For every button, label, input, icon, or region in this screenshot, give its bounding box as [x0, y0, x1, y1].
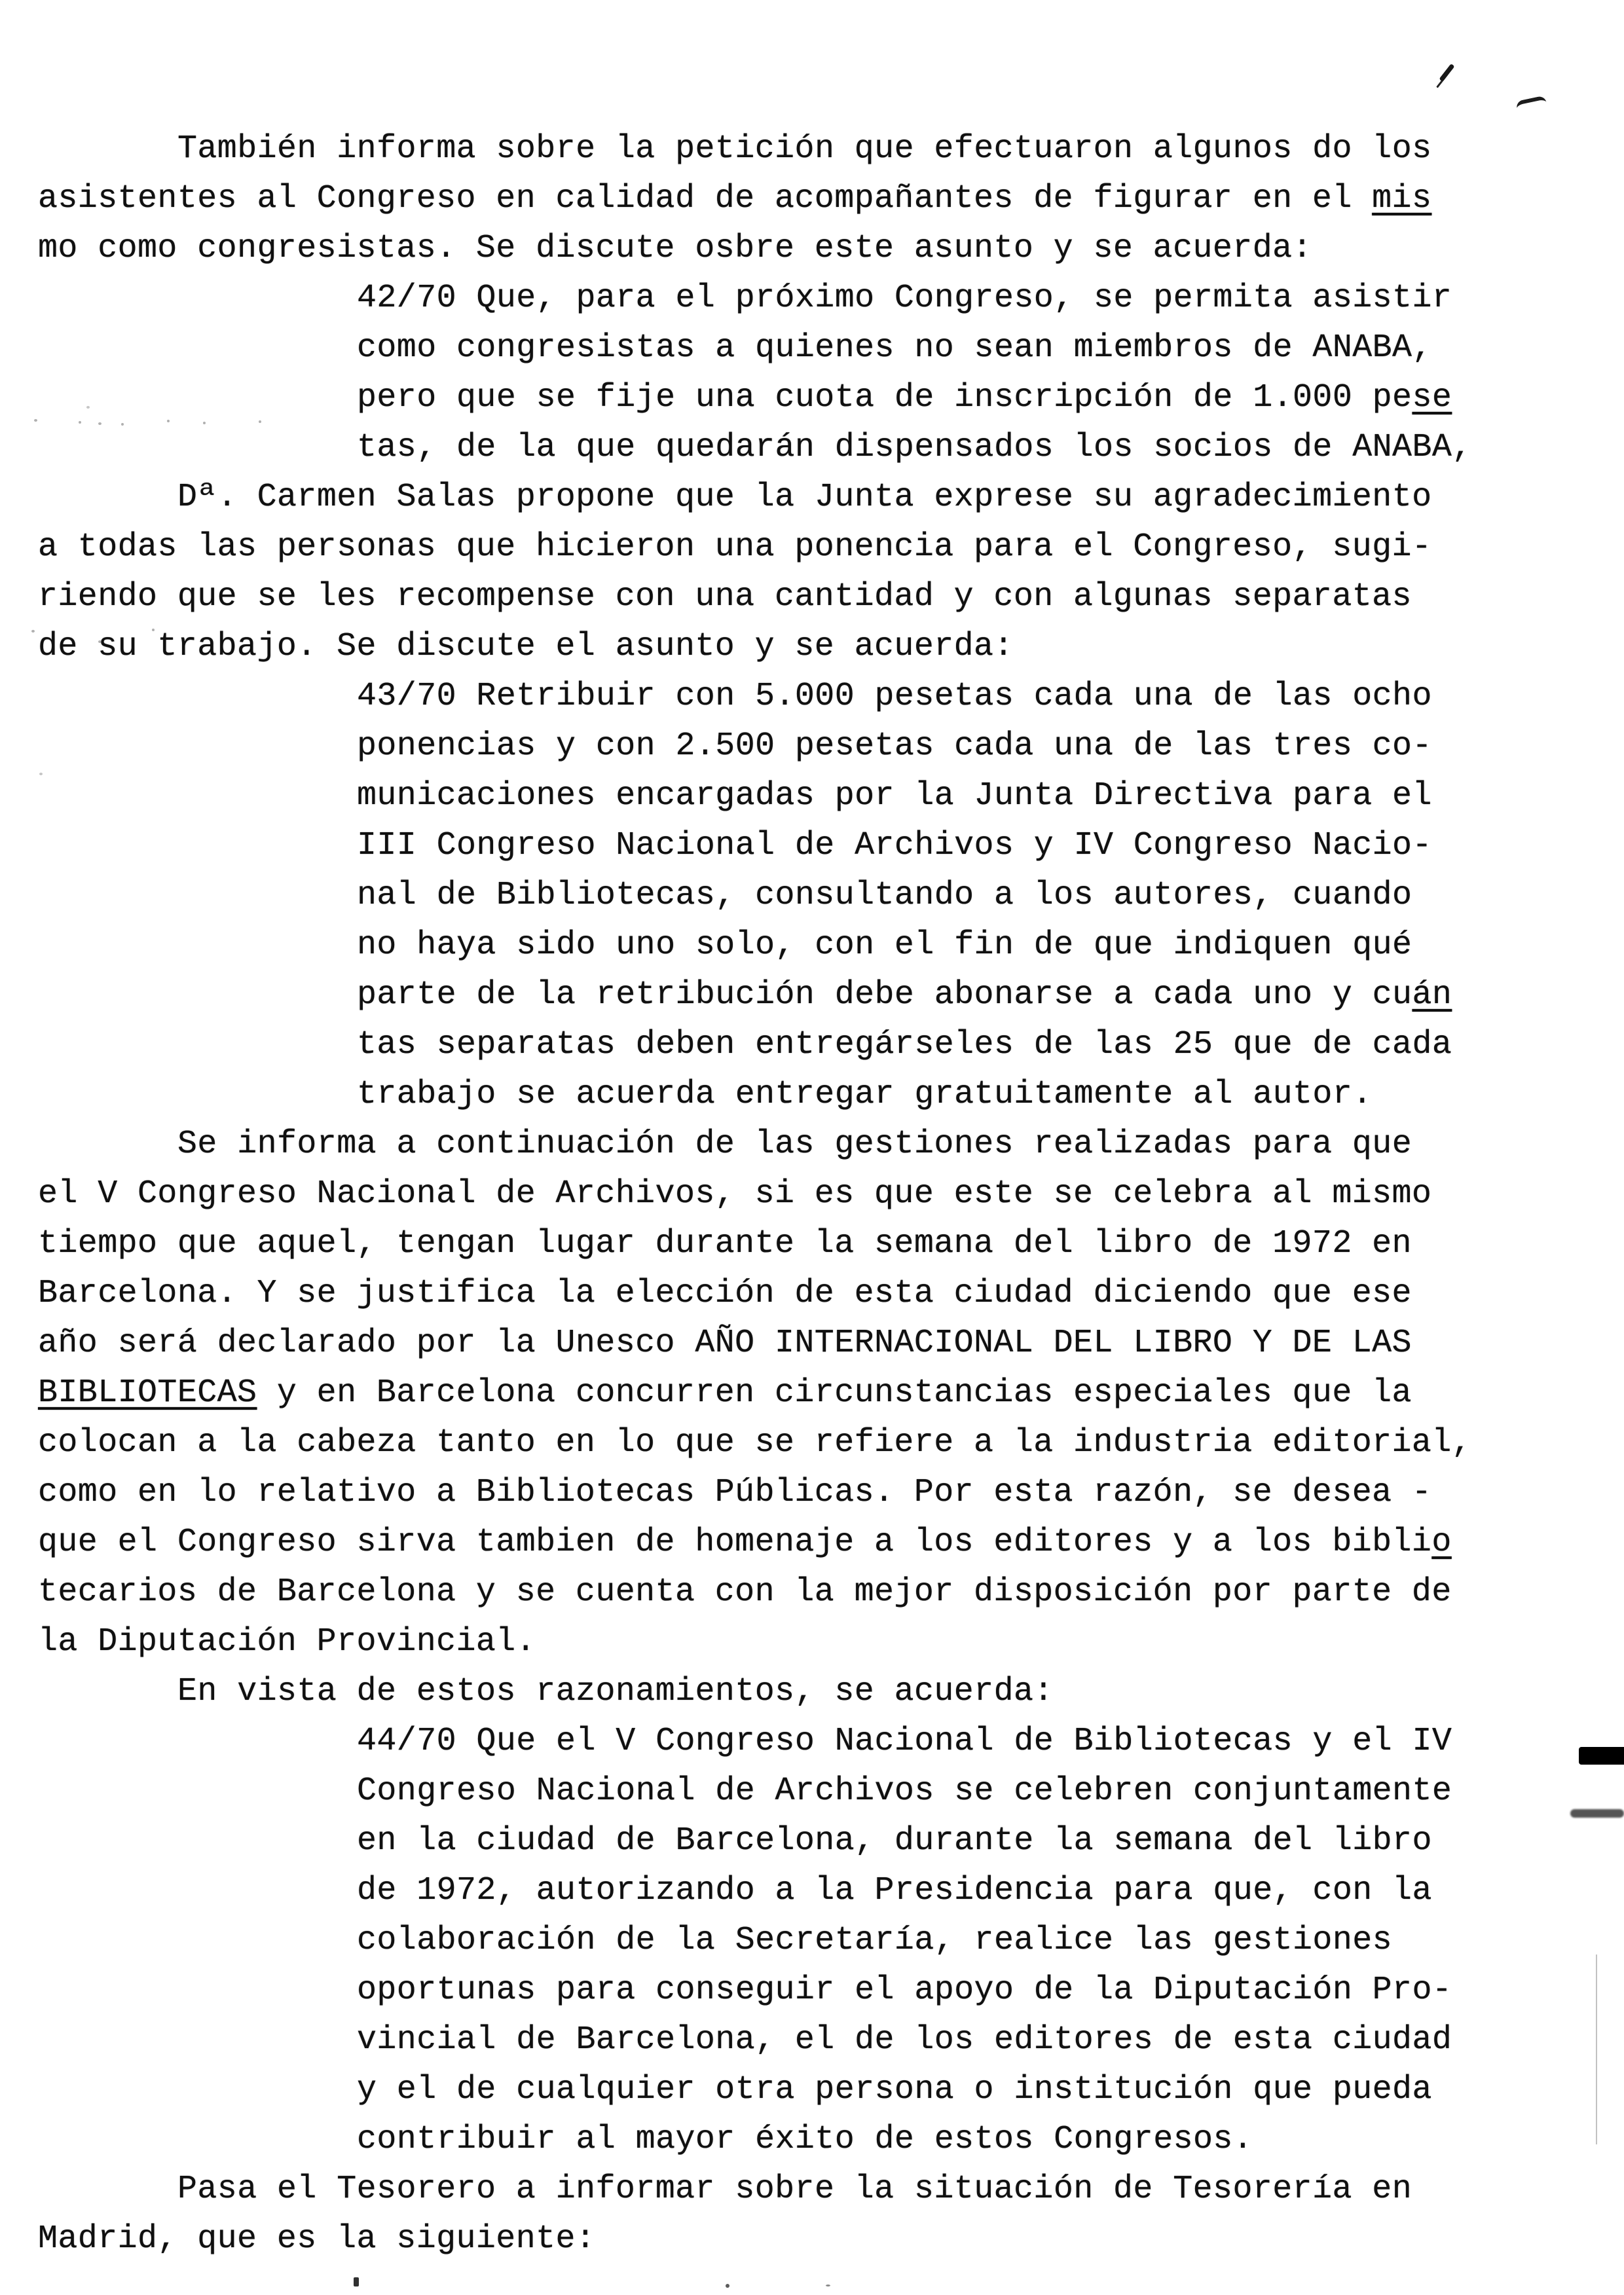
scan-speckle: [39, 773, 43, 775]
document-line: Pasa el Tesorero a informar sobre la sit…: [0, 2165, 1624, 2214]
stray-ink-stroke: [1439, 64, 1455, 82]
black-bar-right-edge: [1579, 1747, 1624, 1765]
scan-speckle: [86, 406, 90, 409]
line-text: y en Barcelona concurren circunstancias …: [257, 1374, 1411, 1412]
line-text: III Congreso Nacional de Archivos y IV C…: [357, 827, 1432, 864]
scan-speckle: [152, 629, 155, 631]
document-line: de 1972, autorizando a la Presidencia pa…: [0, 1866, 1624, 1916]
document-line: vincial de Barcelona, el de los editores…: [0, 2015, 1624, 2065]
line-text: y el de cualquier otra persona o institu…: [357, 2071, 1432, 2108]
document-line: en la ciudad de Barcelona, durante la se…: [0, 1816, 1624, 1866]
document-line: tas separatas deben entregárseles de las…: [0, 1020, 1624, 1070]
document-line: pero que se fije una cuota de inscripció…: [0, 373, 1624, 423]
faint-vertical-scratch: [1596, 1955, 1597, 2144]
scan-speckle: [98, 422, 101, 425]
document-line: Barcelona. Y se justifica la elección de…: [0, 1269, 1624, 1319]
scanned-page: { "page": { "kind": "scanned typewritten…: [0, 0, 1624, 2295]
line-text: trabajo se acuerda entregar gratuitament…: [357, 1076, 1373, 1113]
document-line: y el de cualquier otra persona o institu…: [0, 2065, 1624, 2115]
document-line: Madrid, que es la siguiente:: [0, 2214, 1624, 2264]
line-text: riendo que se les recompense con una can…: [38, 578, 1412, 615]
document-line: tiempo que aquel, tengan lugar durante l…: [0, 1219, 1624, 1269]
scan-speckle: [98, 640, 101, 643]
document-line: Se informa a continuación de las gestion…: [0, 1120, 1624, 1169]
line-text: no haya sido uno solo, con el fin de que…: [357, 927, 1412, 964]
document-line: año será declarado por la Unesco AÑO INT…: [0, 1319, 1624, 1368]
scan-speckle: [121, 423, 124, 426]
scan-speckle: [259, 420, 261, 423]
document-line: de su trabajo. Se discute el asunto y se…: [0, 622, 1624, 672]
line-text: como en lo relativo a Bibliotecas Públic…: [38, 1474, 1431, 1511]
document-line: 43/70 Retribuir con 5.000 pesetas cada u…: [0, 672, 1624, 722]
document-line: como en lo relativo a Bibliotecas Públic…: [0, 1468, 1624, 1518]
line-text: 43/70 Retribuir con 5.000 pesetas cada u…: [357, 678, 1432, 715]
document-line: parte de la retribución debe abonarse a …: [0, 970, 1624, 1020]
document-line: En vista de estos razonamientos, se acue…: [0, 1667, 1624, 1717]
document-line: riendo que se les recompense con una can…: [0, 572, 1624, 622]
scan-speckle: [354, 2277, 359, 2286]
line-text: tas, de la que quedarán dispensados los …: [357, 429, 1472, 466]
document-line: que el Congreso sirva tambien de homenaj…: [0, 1518, 1624, 1568]
line-text: a todas las personas que hicieron una po…: [38, 528, 1431, 566]
line-text: el V Congreso Nacional de Archivos, si e…: [38, 1175, 1431, 1213]
scan-speckle: [726, 2284, 729, 2288]
document-line: tecarios de Barcelona y se cuenta con la…: [0, 1568, 1624, 1617]
line-text: nal de Bibliotecas, consultando a los au…: [357, 877, 1412, 914]
document-line: asistentes al Congreso en calidad de aco…: [0, 174, 1624, 224]
stray-ink-squiggle: [1515, 95, 1548, 115]
line-text: Dª. Carmen Salas propone que la Junta ex…: [177, 479, 1432, 516]
line-text: que el Congreso sirva tambien de homenaj…: [38, 1524, 1431, 1561]
document-line: colocan a la cabeza tanto en lo que se r…: [0, 1418, 1624, 1468]
document-line: Dª. Carmen Salas propone que la Junta ex…: [0, 473, 1624, 523]
scan-speckle: [31, 630, 35, 633]
line-text: colocan a la cabeza tanto en lo que se r…: [38, 1424, 1471, 1461]
line-text: Barcelona. Y se justifica la elección de…: [38, 1275, 1412, 1312]
underlined-text: BIBLIOTECAS: [38, 1374, 257, 1412]
document-line: como congresistas a quienes no sean miem…: [0, 323, 1624, 373]
underlined-text: án: [1412, 976, 1452, 1014]
document-line: oportunas para conseguir el apoyo de la …: [0, 1966, 1624, 2015]
line-text: mo como congresistas. Se discute osbre e…: [38, 230, 1312, 267]
document-line: nal de Bibliotecas, consultando a los au…: [0, 871, 1624, 921]
line-text: 44/70 Que el V Congreso Nacional de Bibl…: [357, 1723, 1452, 1760]
document-line: la Diputación Provincial.: [0, 1617, 1624, 1667]
document-line: municaciones encargadas por la Junta Dir…: [0, 771, 1624, 821]
line-text: contribuir al mayor éxito de estos Congr…: [357, 2121, 1253, 2158]
line-text: Madrid, que es la siguiente:: [38, 2220, 595, 2258]
document-line: Congreso Nacional de Archivos se celebre…: [0, 1767, 1624, 1816]
scan-speckle: [167, 420, 170, 422]
page-background: También informa sobre la petición que ef…: [0, 0, 1624, 2295]
document-line: colaboración de la Secretaría, realice l…: [0, 1916, 1624, 1966]
document-line: contribuir al mayor éxito de estos Congr…: [0, 2115, 1624, 2165]
line-text: oportunas para conseguir el apoyo de la …: [357, 1972, 1452, 2009]
underlined-text: se: [1412, 379, 1452, 416]
line-text: tiempo que aquel, tengan lugar durante l…: [38, 1225, 1412, 1262]
scan-speckle: [203, 422, 206, 424]
line-text: de su trabajo. Se discute el asunto y se…: [38, 628, 1014, 665]
line-text: tecarios de Barcelona y se cuenta con la…: [38, 1573, 1452, 1611]
line-text: en la ciudad de Barcelona, durante la se…: [357, 1822, 1432, 1860]
line-text: como congresistas a quienes no sean miem…: [357, 329, 1432, 367]
underlined-text: mis: [1372, 180, 1431, 217]
document-line: el V Congreso Nacional de Archivos, si e…: [0, 1169, 1624, 1219]
document-body: También informa sobre la petición que ef…: [0, 124, 1624, 2264]
line-text: municaciones encargadas por la Junta Dir…: [357, 777, 1432, 815]
line-text: asistentes al Congreso en calidad de aco…: [38, 180, 1372, 217]
line-text: colaboración de la Secretaría, realice l…: [357, 1922, 1392, 1959]
line-text: la Diputación Provincial.: [38, 1623, 536, 1661]
document-line: a todas las personas que hicieron una po…: [0, 523, 1624, 572]
scan-speckle: [826, 2285, 830, 2286]
document-line: mo como congresistas. Se discute osbre e…: [0, 224, 1624, 274]
line-text: vincial de Barcelona, el de los editores…: [357, 2021, 1452, 2059]
document-line: III Congreso Nacional de Archivos y IV C…: [0, 821, 1624, 871]
document-line: no haya sido uno solo, con el fin de que…: [0, 921, 1624, 970]
scan-speckle: [34, 419, 37, 422]
document-line: También informa sobre la petición que ef…: [0, 124, 1624, 174]
line-text: año será declarado por la Unesco AÑO INT…: [38, 1325, 1412, 1362]
line-text: Pasa el Tesorero a informar sobre la sit…: [177, 2171, 1412, 2208]
line-text: Se informa a continuación de las gestion…: [177, 1126, 1412, 1163]
line-text: ponencias y con 2.500 pesetas cada una d…: [357, 727, 1432, 765]
line-text: 42/70 Que, para el próximo Congreso, se …: [357, 280, 1452, 317]
line-text: Congreso Nacional de Archivos se celebre…: [357, 1772, 1452, 1810]
scan-speckle: [79, 421, 81, 424]
line-text: de 1972, autorizando a la Presidencia pa…: [357, 1872, 1432, 1909]
line-text: parte de la retribución debe abonarse a …: [357, 976, 1412, 1014]
document-line: BIBLIOTECAS y en Barcelona concurren cir…: [0, 1368, 1624, 1418]
document-line: 42/70 Que, para el próximo Congreso, se …: [0, 274, 1624, 323]
document-line: tas, de la que quedarán dispensados los …: [0, 423, 1624, 473]
line-text: También informa sobre la petición que ef…: [177, 130, 1432, 168]
underlined-text: o: [1431, 1524, 1451, 1561]
line-text: pero que se fije una cuota de inscripció…: [357, 379, 1412, 416]
line-text: En vista de estos razonamientos, se acue…: [177, 1673, 1054, 1710]
smudge-dash-right-edge: [1570, 1809, 1624, 1818]
document-line: trabajo se acuerda entregar gratuitament…: [0, 1070, 1624, 1120]
document-line: ponencias y con 2.500 pesetas cada una d…: [0, 722, 1624, 771]
document-line: 44/70 Que el V Congreso Nacional de Bibl…: [0, 1717, 1624, 1767]
line-text: tas separatas deben entregárseles de las…: [357, 1026, 1452, 1063]
